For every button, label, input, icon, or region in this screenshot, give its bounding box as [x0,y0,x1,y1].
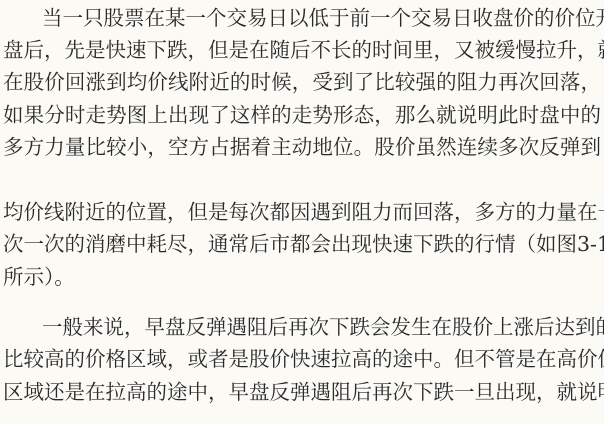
text-line: 所示）。 [3,265,601,289]
text-line: 多方力量比较小，空方占据着主动地位。股价虽然连续多次反弹到 [3,135,601,159]
text-line: 一般来说，早盘反弹遇阻后再次下跌会发生在股价上涨后达到的 [42,315,601,339]
text-line: 均价线附近的位置，但是每次都因遇到阻力而回落，多方的力量在一 [3,200,601,224]
text-line: 比较高的价格区域，或者是股价快速拉高的途中。但不管是在高价位 [3,347,601,371]
text-line: 当一只股票在某一个交易日以低于前一个交易日收盘价的价位开 [42,6,601,30]
document-page: 当一只股票在某一个交易日以低于前一个交易日收盘价的价位开 盘后，先是快速下跌，但… [0,0,604,424]
text-line: 次一次的消磨中耗尽，通常后市都会出现快速下跌的行情（如图3-12 [3,232,601,256]
text-line: 区域还是在拉高的途中，早盘反弹遇阻后再次下跌一旦出现，就说明 [3,380,601,404]
text-line: 盘后，先是快速下跌，但是在随后不长的时间里，又被缓慢拉升，就 [3,38,601,62]
text-line: 如果分时走势图上出现了这样的走势形态，那么就说明此时盘中的 [3,103,601,127]
text-line: 在股价回涨到均价线附近的时候，受到了比较强的阻力再次回落， [3,70,601,94]
